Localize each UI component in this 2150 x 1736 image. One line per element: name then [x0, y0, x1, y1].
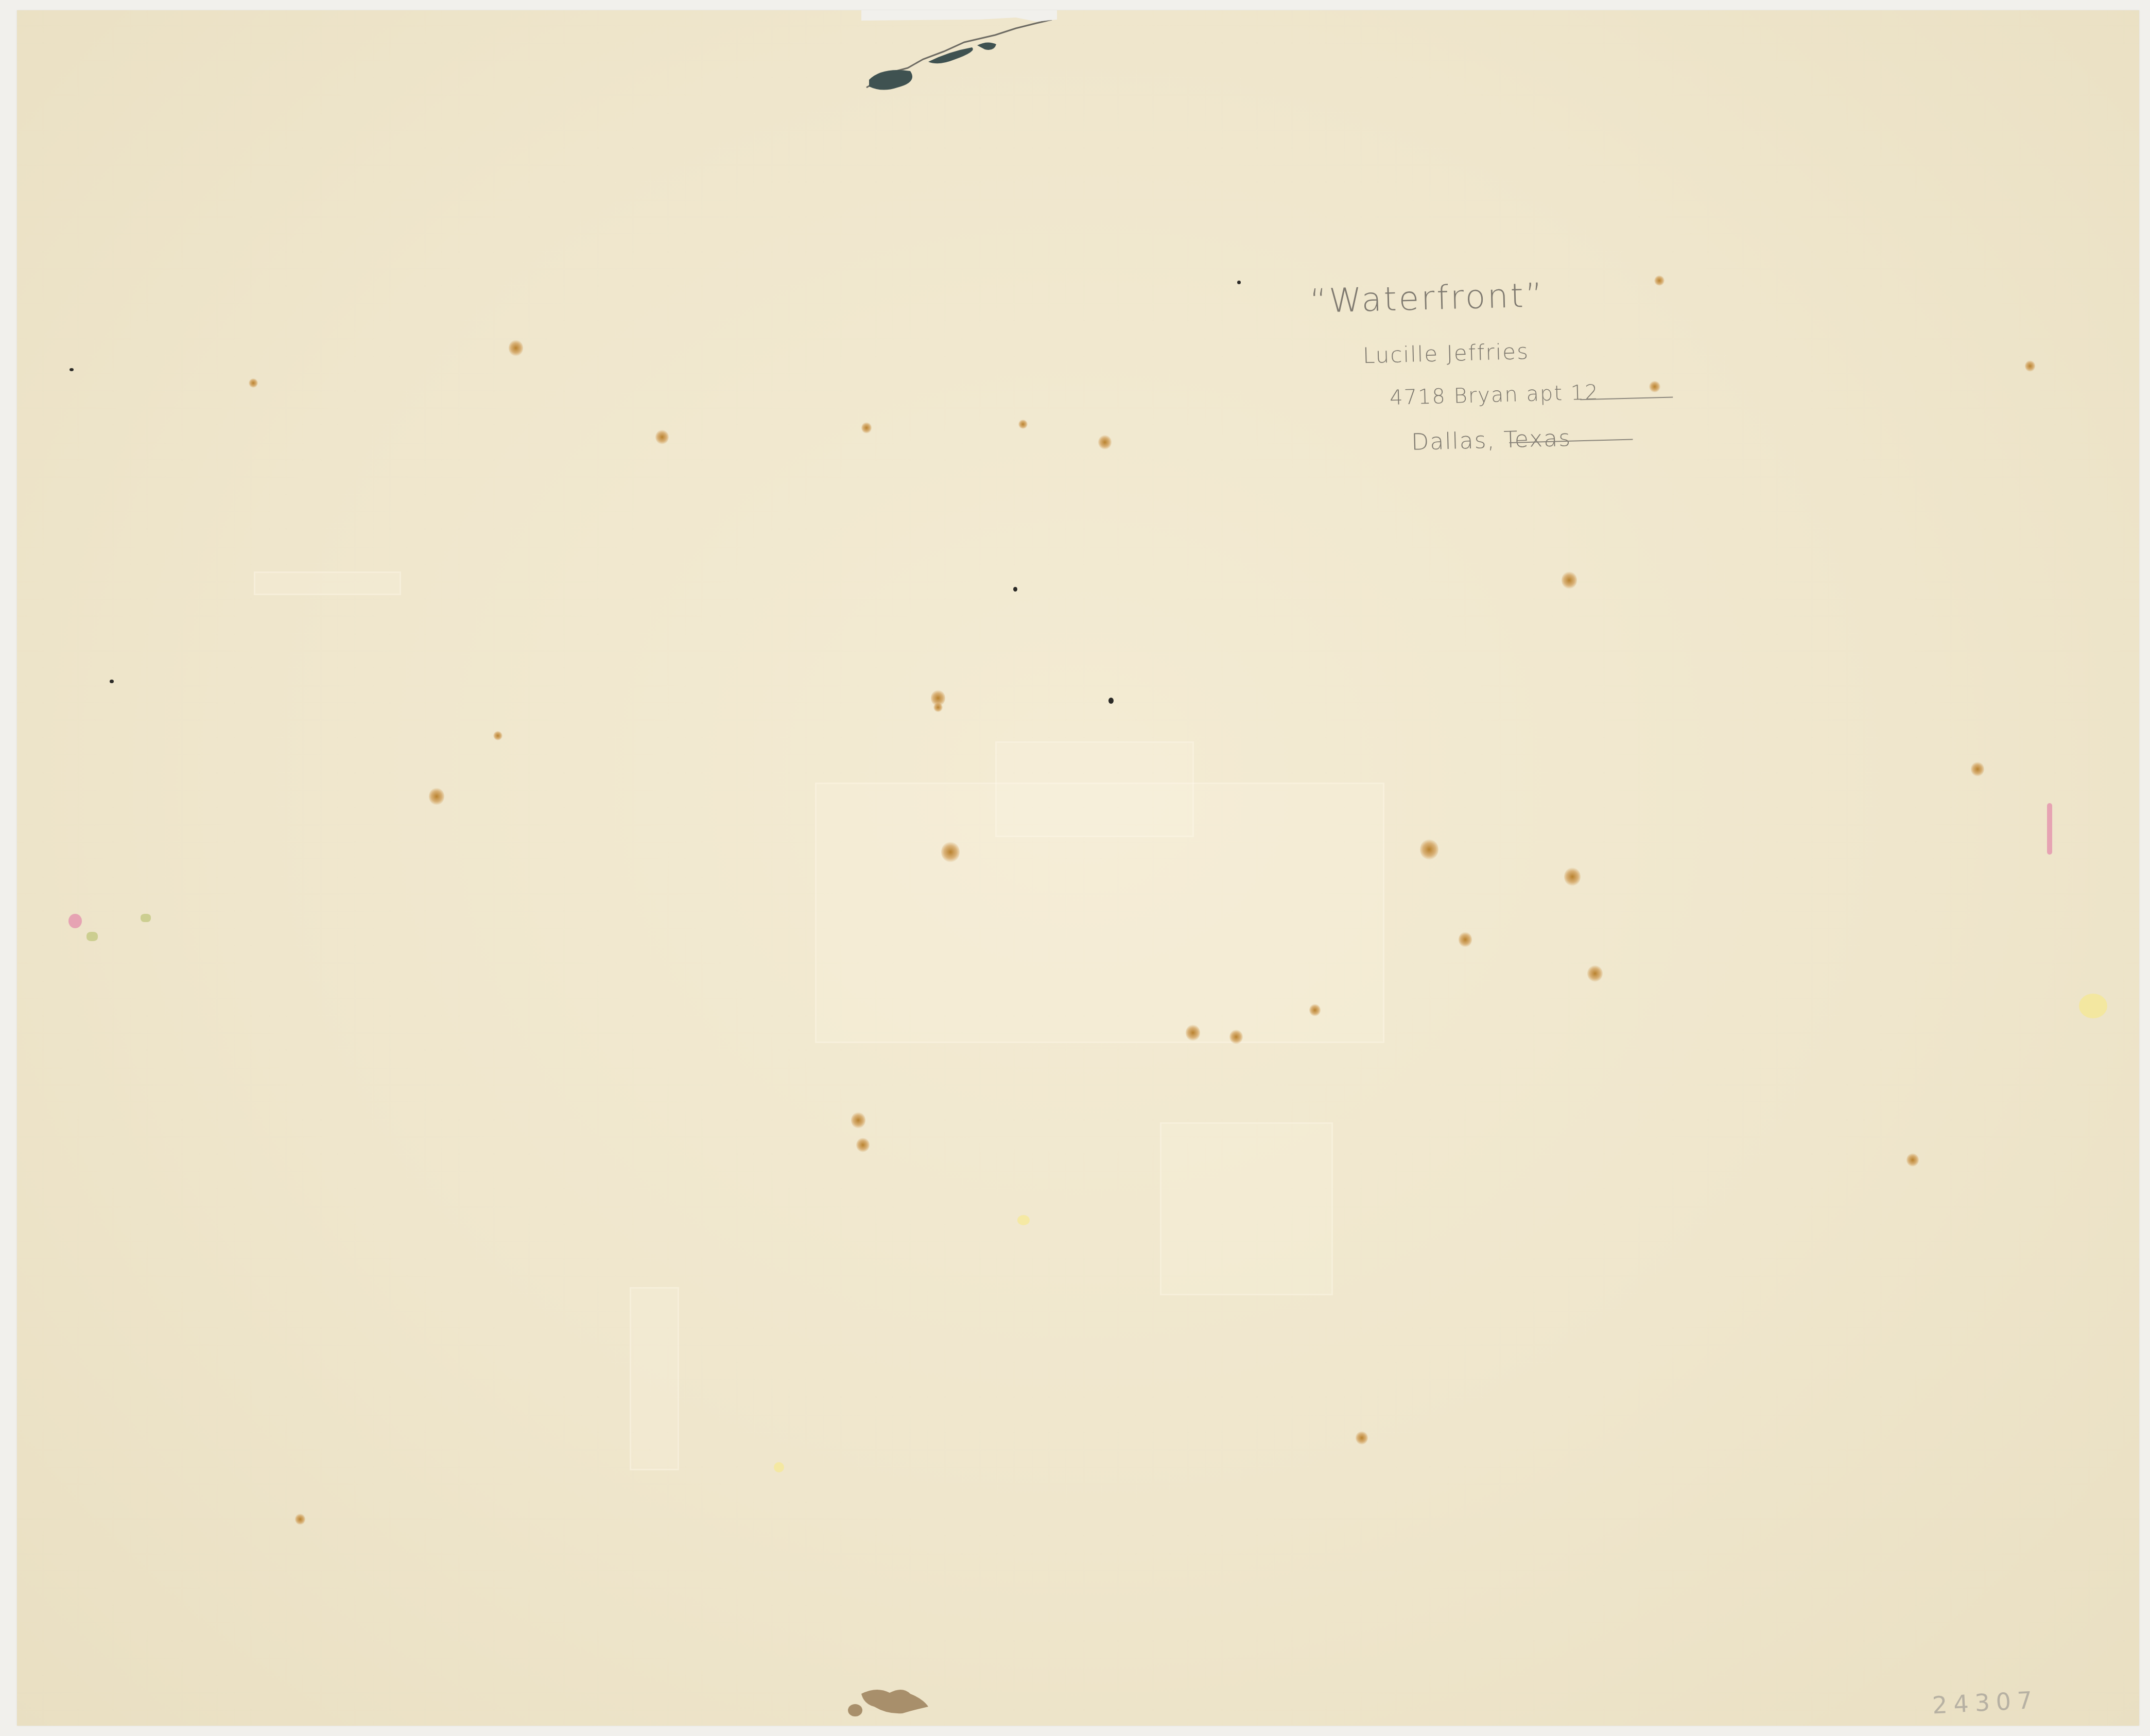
foxing-spot [1186, 1025, 1200, 1041]
ink-speck [1108, 698, 1114, 704]
foxing-spot [1420, 839, 1438, 860]
ghost-image-region [254, 571, 401, 595]
foxing-spot [655, 430, 669, 444]
foxing-spot [1564, 867, 1581, 886]
foxing-spot [1098, 435, 1112, 449]
ink-speck [1237, 281, 1241, 284]
foxing-spot [1018, 420, 1028, 429]
foxing-spot [856, 1138, 870, 1152]
foxing-spot [1587, 965, 1603, 982]
foxing-spot [1459, 932, 1472, 947]
foxing-spot [1229, 1030, 1243, 1044]
foxing-spot [851, 1112, 865, 1129]
accession-number: 24307 [1932, 1686, 2039, 1720]
yellow-pigment-mark [2079, 994, 2107, 1018]
ink-speck [1013, 587, 1017, 592]
foxing-spot [933, 703, 943, 712]
artist-city: Dallas, Texas [1411, 425, 1572, 456]
pink-pigment-mark [2047, 803, 2052, 855]
foxing-spot [861, 422, 872, 433]
ghost-image-region [995, 741, 1194, 837]
ghost-image-region [630, 1287, 679, 1470]
ink-speck [70, 368, 74, 371]
foxing-spot [1309, 1004, 1321, 1016]
green-pigment-mark [86, 932, 98, 941]
foxing-spot [249, 378, 258, 388]
foxing-spot [1906, 1153, 1919, 1167]
foxing-spot [1971, 762, 1984, 776]
artwork-title: “Waterfront” [1309, 276, 1545, 321]
foxing-spot [493, 731, 502, 740]
stain-mark [846, 1678, 928, 1720]
yellow-pigment-mark [774, 1462, 784, 1472]
torn-edge-mark [861, 10, 1057, 103]
foxing-spot [509, 340, 523, 356]
foxing-spot [1654, 275, 1664, 286]
yellow-pigment-mark [1017, 1215, 1030, 1225]
ink-speck [110, 680, 114, 683]
foxing-spot [941, 842, 960, 862]
foxing-spot [429, 788, 444, 805]
artist-address: 4718 Bryan apt 12 [1390, 380, 1600, 410]
foxing-spot [295, 1514, 305, 1525]
green-pigment-mark [141, 914, 151, 922]
foxing-spot [2025, 360, 2035, 372]
foxing-spot [1649, 381, 1660, 392]
paper-sheet: “Waterfront” Lucille Jeffries 4718 Bryan… [17, 10, 2139, 1726]
foxing-spot [1356, 1431, 1368, 1445]
foxing-spot [1562, 571, 1577, 589]
ghost-image-region [1160, 1122, 1333, 1295]
artist-name: Lucille Jeffries [1362, 339, 1529, 368]
pink-pigment-mark [68, 914, 82, 928]
